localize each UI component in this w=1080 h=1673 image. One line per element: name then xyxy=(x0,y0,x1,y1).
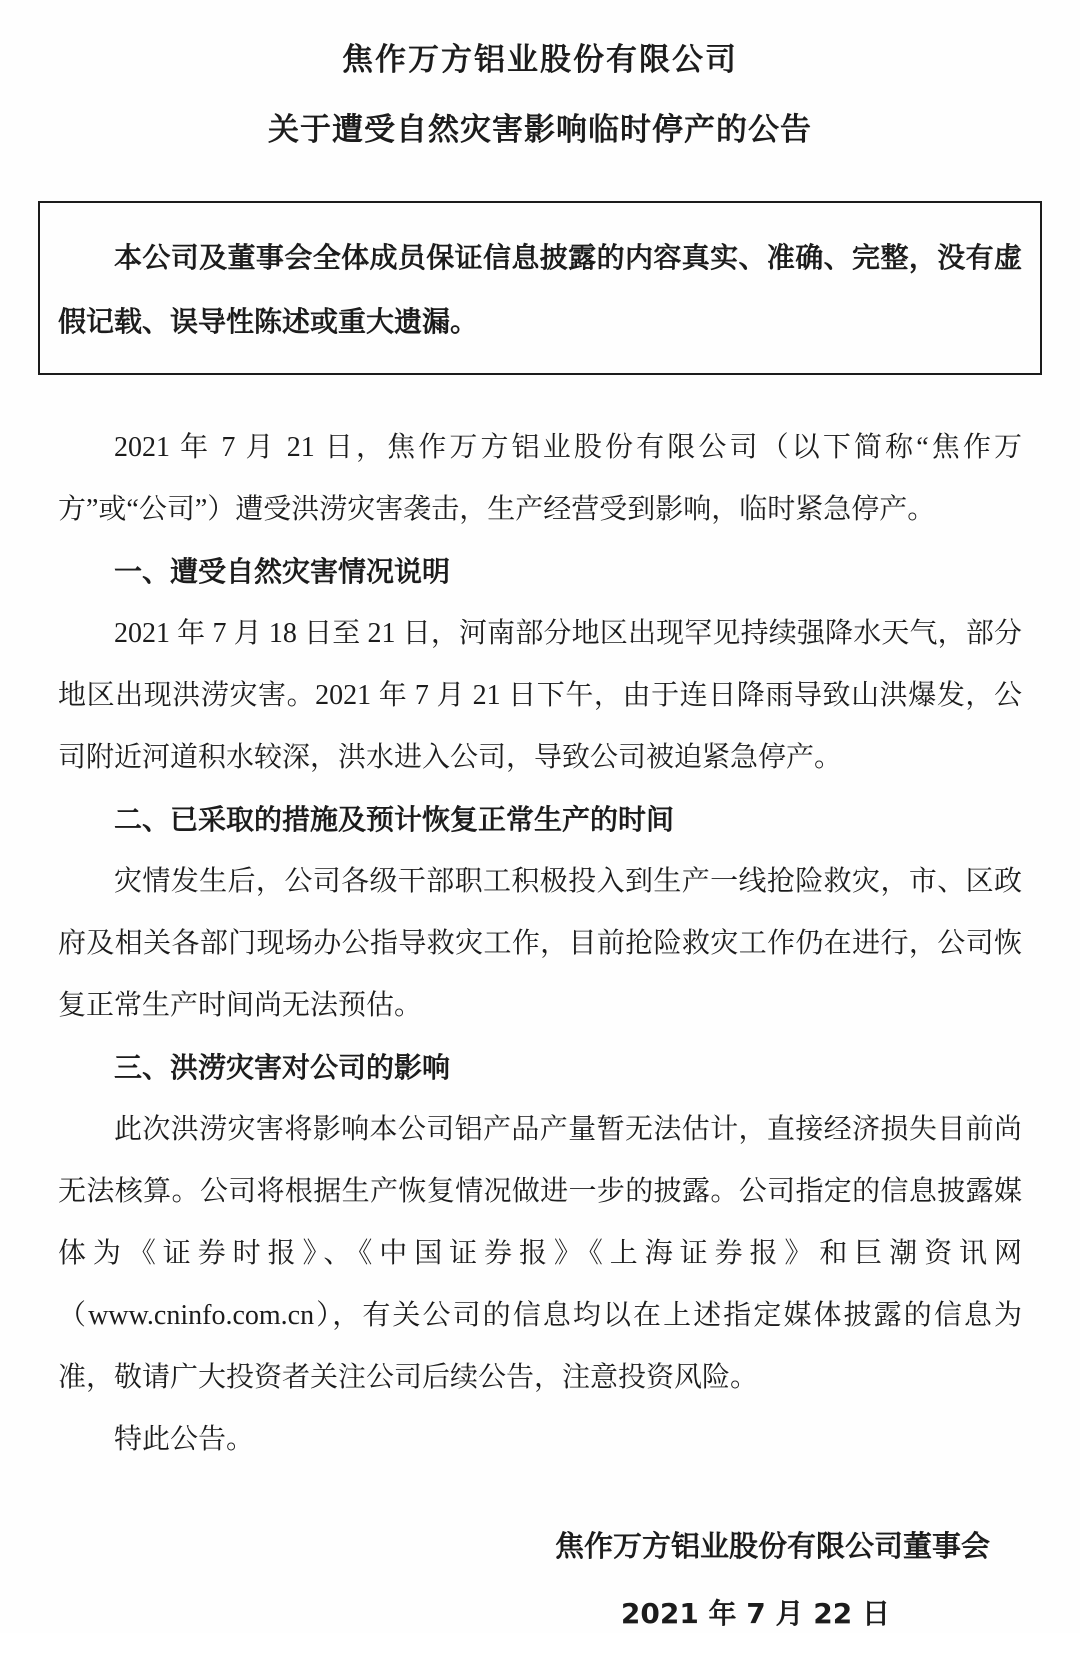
section-2-heading: 二、已采取的措施及预计恢复正常生产的时间 xyxy=(58,789,1022,851)
section-2-body: 灾情发生后，公司各级干部职工积极投入到生产一线抢险救灾，市、区政府及相关各部门现… xyxy=(58,851,1022,1037)
signature-line: 焦作万方铝业股份有限公司董事会 xyxy=(58,1526,1022,1567)
section-1-body: 2021 年 7 月 18 日至 21 日，河南部分地区出现罕见持续强降水天气，… xyxy=(58,603,1022,789)
signature-block: 焦作万方铝业股份有限公司董事会 2021 年 7 月 22 日 xyxy=(58,1526,1022,1634)
section-1-heading: 一、遭受自然灾害情况说明 xyxy=(58,541,1022,603)
disclaimer-text: 本公司及董事会全体成员保证信息披露的内容真实、准确、完整，没有虚假记载、误导性陈… xyxy=(58,227,1022,355)
date-line: 2021 年 7 月 22 日 xyxy=(58,1594,1022,1633)
company-name-title: 焦作万方铝业股份有限公司 xyxy=(0,40,1080,80)
section-3-heading: 三、洪涝灾害对公司的影响 xyxy=(58,1037,1022,1099)
section-3-body: 此次洪涝灾害将影响本公司铝产品产量暂无法估计，直接经济损失目前尚无法核算。公司将… xyxy=(58,1099,1022,1409)
announcement-page: 焦作万方铝业股份有限公司 关于遭受自然灾害影响临时停产的公告 本公司及董事会全体… xyxy=(0,0,1080,1633)
disclaimer-box: 本公司及董事会全体成员保证信息披露的内容真实、准确、完整，没有虚假记载、误导性陈… xyxy=(38,201,1042,375)
document-body: 2021 年 7 月 21 日，焦作万方铝业股份有限公司（以下简称“焦作万方”或… xyxy=(0,417,1080,1634)
announcement-subtitle: 关于遭受自然灾害影响临时停产的公告 xyxy=(0,110,1080,150)
closing-line: 特此公告。 xyxy=(58,1409,1022,1471)
intro-paragraph: 2021 年 7 月 21 日，焦作万方铝业股份有限公司（以下简称“焦作万方”或… xyxy=(58,417,1022,541)
